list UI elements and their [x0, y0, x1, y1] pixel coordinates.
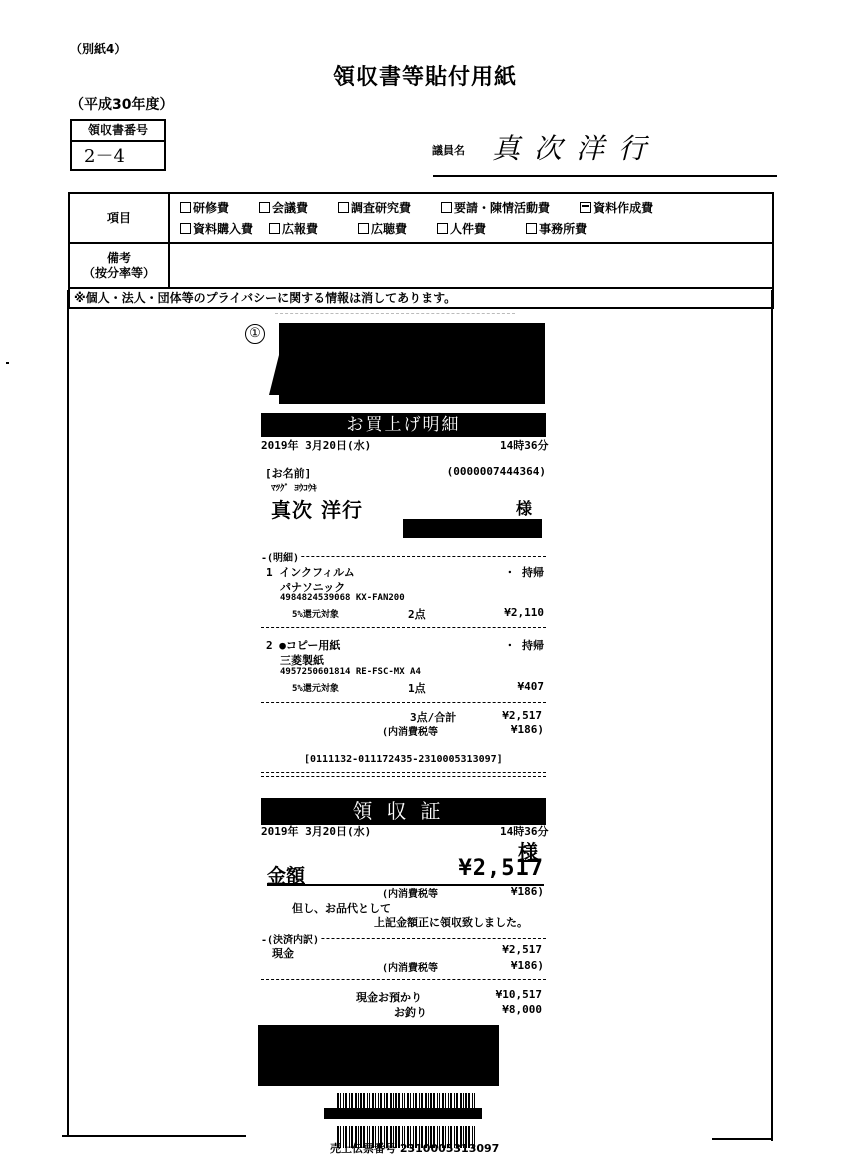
category-3[interactable]: 人件費	[437, 220, 486, 237]
customer-name: 真次 洋行	[271, 494, 363, 523]
checkbox-icon[interactable]	[180, 202, 191, 213]
double-divider	[261, 772, 546, 777]
items-label: 項目	[70, 194, 170, 242]
receipt-top-edge	[275, 313, 515, 314]
divider	[261, 627, 546, 628]
customer-honorific: 様	[516, 496, 532, 519]
divider	[261, 979, 546, 980]
cash-received-amount: ¥10,517	[470, 988, 542, 1001]
frame-border-bottom	[712, 1138, 772, 1140]
change-amount: ¥8,000	[470, 1003, 542, 1016]
member-name-underline	[433, 175, 777, 177]
item-2-name: 2 ●コピー用紙	[266, 637, 340, 653]
notes-label: 備考 （按分率等）	[70, 244, 170, 287]
category-label: 資料作成費	[593, 199, 653, 216]
category-label: 調査研究費	[351, 199, 411, 216]
divider	[261, 702, 546, 703]
redacted-barcode-number	[324, 1108, 482, 1119]
payment-method: 現金	[272, 945, 294, 961]
item-2-price: ¥407	[470, 680, 544, 693]
category-2[interactable]: 調査研究費	[338, 199, 411, 216]
notes-label-sub: （按分率等）	[83, 266, 155, 281]
slip-number: 売上伝票番号 2310005313097	[330, 1140, 499, 1156]
redacted-store-logo	[279, 323, 545, 404]
amount-value: ¥2,517	[420, 856, 544, 881]
transaction-id: [0111132-011172435-2310005313097]	[304, 754, 503, 765]
tax-amount: ¥186)	[470, 723, 544, 736]
notes-label-main: 備考	[83, 251, 155, 266]
total-amount: ¥2,517	[470, 709, 542, 722]
frame-border-left	[67, 290, 69, 1137]
category-0[interactable]: 研修費	[180, 199, 229, 216]
checkbox-icon[interactable]	[437, 223, 448, 234]
page-title: 領収書等貼付用紙	[0, 60, 850, 91]
fiscal-year: （平成30年度）	[70, 94, 173, 114]
member-name: 真次洋行	[492, 127, 660, 167]
category-1[interactable]: 広報費	[269, 220, 318, 237]
redacted-store-logo	[269, 355, 279, 395]
category-3[interactable]: 要請・陳情活動費	[441, 199, 550, 216]
cash-received-label: 現金お預かり	[356, 989, 422, 1005]
receipt-banner: 領収証	[261, 798, 546, 825]
checkbox-icon[interactable]	[358, 223, 369, 234]
redacted-store-info	[258, 1025, 499, 1086]
category-4[interactable]: 資料作成費	[580, 199, 653, 216]
tax-amount: ¥186)	[470, 885, 544, 898]
category-2[interactable]: 広聴費	[358, 220, 407, 237]
item-2-tax-note: 5%還元対象	[292, 681, 339, 694]
item-1-name: 1 インクフィルム	[266, 564, 355, 580]
frame-border-right	[771, 290, 773, 1141]
category-label: 資料購入費	[193, 220, 253, 237]
receipt-date: 2019年 3月20日(水)	[261, 823, 371, 839]
receipt-number-value: 2－4	[72, 142, 164, 172]
item-2-qty: 1点	[408, 680, 426, 696]
category-row-2: 資料購入費広報費広聴費人件費事務所費	[180, 218, 762, 239]
item-1-tax-note: 5%還元対象	[292, 607, 339, 620]
item-2-maker: 三菱製紙	[280, 652, 324, 668]
category-label: 人件費	[450, 220, 486, 237]
payment-section-label: -(決済内訳)	[261, 931, 321, 946]
payment-amount: ¥2,517	[470, 943, 542, 956]
receipt-index-mark: ①	[245, 324, 265, 344]
category-label: 要請・陳情活動費	[454, 199, 550, 216]
tax-label: (内消費税等	[382, 959, 438, 974]
category-label: 研修費	[193, 199, 229, 216]
detail-banner: お買上げ明細	[261, 413, 546, 437]
receipt-number-label: 領収書番号	[72, 121, 164, 142]
category-row-1: 研修費会議費調査研究費要請・陳情活動費資料作成費	[180, 197, 762, 218]
tax-label: (内消費税等	[382, 885, 438, 900]
notes-value	[170, 244, 772, 287]
item-2-type: ・ 持帰	[470, 637, 544, 653]
detail-section-label: -(明細)	[261, 549, 301, 564]
checkbox-icon[interactable]	[338, 202, 349, 213]
category-label: 広聴費	[371, 220, 407, 237]
checkbox-icon[interactable]	[269, 223, 280, 234]
checkbox-icon[interactable]	[180, 223, 191, 234]
item-2-code: 4957250601814 RE-FSC-MX A4	[280, 667, 421, 677]
category-checkboxes: 研修費会議費調査研究費要請・陳情活動費資料作成費 資料購入費広報費広聴費人件費事…	[170, 194, 772, 242]
category-label: 会議費	[272, 199, 308, 216]
items-row: 項目 研修費会議費調査研究費要請・陳情活動費資料作成費 資料購入費広報費広聴費人…	[70, 194, 772, 244]
expense-form-table: 項目 研修費会議費調査研究費要請・陳情活動費資料作成費 資料購入費広報費広聴費人…	[68, 192, 774, 309]
category-label: 広報費	[282, 220, 318, 237]
proviso-line-2: 上記金額正に領収致しました。	[374, 914, 528, 930]
item-1-type: ・ 持帰	[470, 564, 544, 580]
receipt-date: 2019年 3月20日(水)	[261, 437, 371, 453]
tax-label: (内消費税等	[382, 723, 438, 738]
receipt-number-box: 領収書番号 2－4	[70, 119, 166, 171]
item-1-code: 4984824539068 KX-FAN200	[280, 593, 405, 603]
tax-amount: ¥186)	[470, 959, 544, 972]
checkbox-icon[interactable]	[259, 202, 270, 213]
privacy-notice: ※個人・法人・団体等のプライバシーに関する情報は消してあります。	[70, 289, 772, 307]
scan-speck	[6, 362, 9, 364]
attachment-label: （別紙4）	[70, 40, 126, 57]
category-1[interactable]: 会議費	[259, 199, 308, 216]
category-label: 事務所費	[539, 220, 587, 237]
divider	[261, 556, 546, 557]
customer-kana: ﾏﾂｸﾞ ﾖｳｺｳｷ	[271, 481, 317, 494]
item-1-qty: 2点	[408, 606, 426, 622]
category-0[interactable]: 資料購入費	[180, 220, 253, 237]
change-label: お釣り	[394, 1004, 427, 1020]
notes-row: 備考 （按分率等）	[70, 244, 772, 289]
category-4[interactable]: 事務所費	[526, 220, 587, 237]
checkbox-icon[interactable]	[526, 223, 537, 234]
customer-id: (0000007444364)	[420, 465, 546, 478]
member-label: 議員名	[432, 142, 465, 158]
item-1-price: ¥2,110	[470, 606, 544, 619]
checkbox-icon[interactable]	[441, 202, 452, 213]
frame-border-bottom	[62, 1135, 246, 1137]
redacted-address	[403, 519, 542, 538]
checkbox-checked-icon[interactable]	[580, 202, 591, 213]
customer-label: [お名前]	[265, 465, 311, 481]
receipt-time: 14時36分	[500, 437, 546, 453]
